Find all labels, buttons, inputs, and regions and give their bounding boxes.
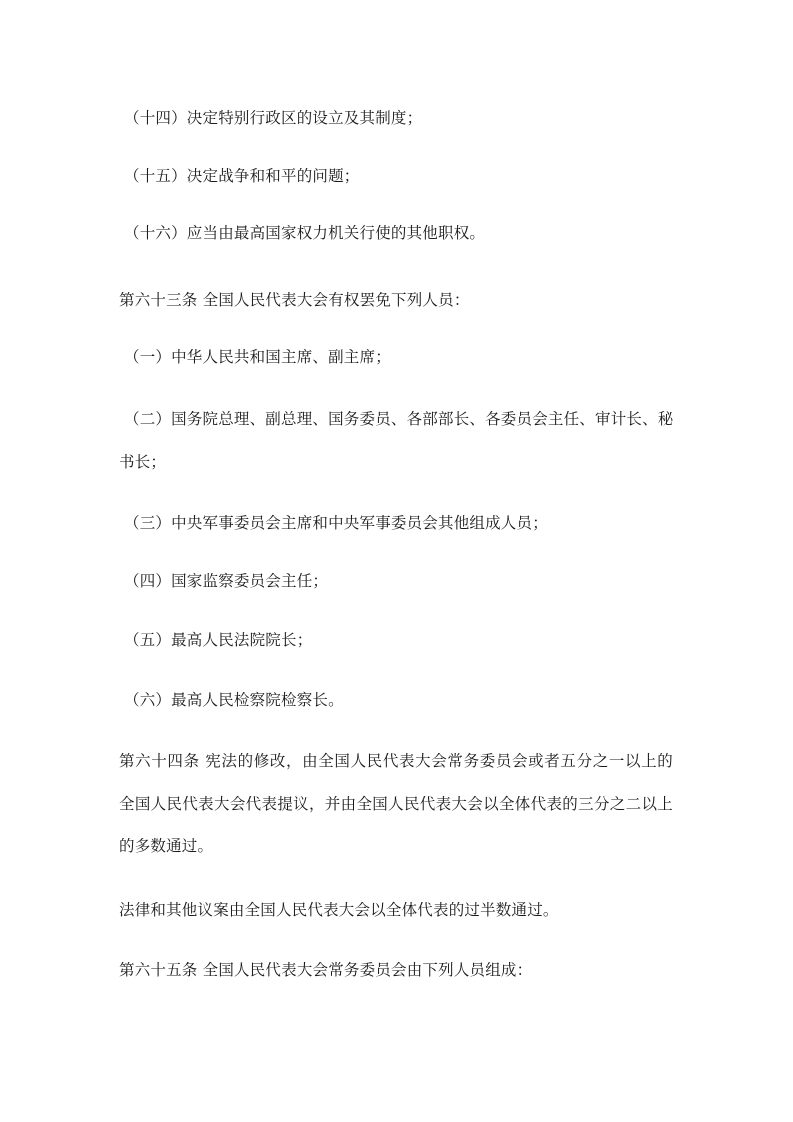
list-item-15: （十五）决定战争和和平的问题； <box>124 166 684 186</box>
list-item-16: （十六）应当由最高国家权力机关行使的其他职权。 <box>124 223 684 243</box>
list-item-6: （六）最高人民检察院检察长。 <box>124 690 684 710</box>
article-63-heading: 第六十三条 全国人民代表大会有权罢免下列人员： <box>119 290 679 310</box>
list-item-2-continuation: 书长； <box>119 452 679 472</box>
list-item-3: （三）中央军事委员会主席和中央军事委员会其他组成人员； <box>124 513 684 533</box>
list-item-14: （十四）决定特别行政区的设立及其制度； <box>124 108 684 128</box>
article-65-heading: 第六十五条 全国人民代表大会常务委员会由下列人员组成： <box>119 960 679 980</box>
list-item-5: （五）最高人民法院院长； <box>124 630 684 650</box>
article-64-line-1: 第六十四条 宪法的修改，由全国人民代表大会常务委员会或者五分之一以上的 <box>119 751 673 771</box>
list-item-4: （四）国家监察委员会主任； <box>124 571 684 591</box>
article-64-line-3: 的多数通过。 <box>119 836 679 856</box>
article-64-paragraph-2: 法律和其他议案由全国人民代表大会以全体代表的过半数通过。 <box>119 900 679 920</box>
list-item-1: （一）中华人民共和国主席、副主席； <box>124 347 684 367</box>
article-64-line-2: 全国人民代表大会代表提议，并由全国人民代表大会以全体代表的三分之二以上 <box>119 794 673 814</box>
list-item-2: （二）国务院总理、副总理、国务委员、各部部长、各委员会主任、审计长、秘 <box>124 409 673 429</box>
document-page: （十四）决定特别行政区的设立及其制度； （十五）决定战争和和平的问题； （十六）… <box>0 0 793 1122</box>
